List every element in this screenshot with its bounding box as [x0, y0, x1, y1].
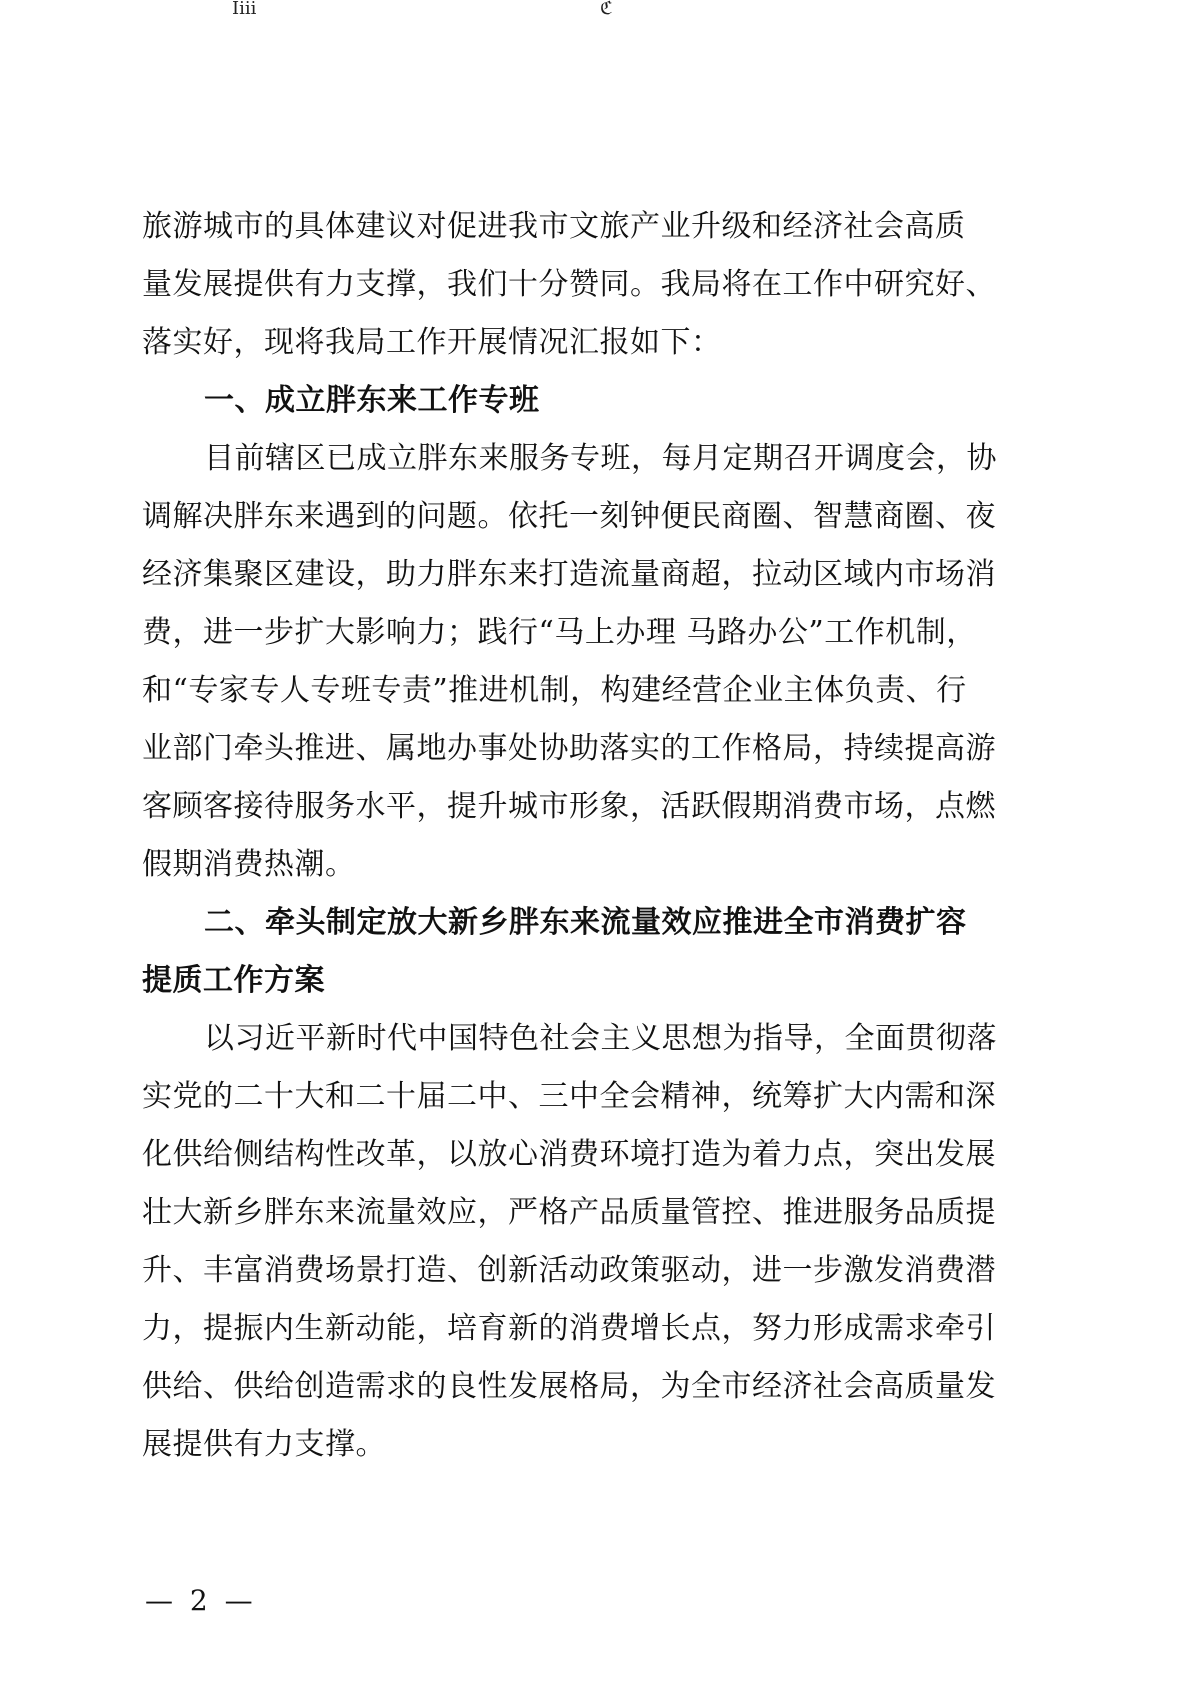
section-2-line: 力，提振内生新动能，培育新的消费增长点，努力形成需求牵引: [142, 1309, 964, 1349]
section-1-heading: 一、成立胖东来工作专班: [204, 381, 964, 421]
section-1-line: 费，进一步扩大影响力；践行“马上办理 马路办公”工作机制，: [142, 613, 964, 653]
page-number: — 2 —: [145, 1586, 257, 1616]
section-2-line: 展提供有力支撑。: [142, 1425, 964, 1465]
section-1-line: 调解决胖东来遇到的问题。依托一刻钟便民商圈、智慧商圈、夜: [142, 497, 964, 537]
section-2-line: 供给、供给创造需求的良性发展格局，为全市经济社会高质量发: [142, 1367, 964, 1407]
scan-artifact-center: ℭ: [600, 0, 613, 18]
intro-line: 旅游城市的具体建议对促进我市文旅产业升级和经济社会高质: [142, 207, 964, 247]
section-2-line: 壮大新乡胖东来流量效应，严格产品质量管控、推进服务品质提: [142, 1193, 964, 1233]
section-1-line: 和“专家专人专班专责”推进机制，构建经营企业主体负责、行: [142, 671, 964, 711]
section-1-line: 假期消费热潮。: [142, 845, 964, 885]
section-1-line: 客顾客接待服务水平，提升城市形象，活跃假期消费市场，点燃: [142, 787, 964, 827]
section-2-line: 化供给侧结构性改革，以放心消费环境打造为着力点，突出发展: [142, 1135, 964, 1175]
section-2-line: 实党的二十大和二十届二中、三中全会精神，统筹扩大内需和深: [142, 1077, 964, 1117]
section-2-line: 以习近平新时代中国特色社会主义思想为指导，全面贯彻落: [204, 1019, 964, 1059]
section-1-line: 业部门牵头推进、属地办事处协助落实的工作格局，持续提高游: [142, 729, 964, 769]
section-2-heading: 二、牵头制定放大新乡胖东来流量效应推进全市消费扩容: [204, 903, 964, 943]
section-1-line: 目前辖区已成立胖东来服务专班，每月定期召开调度会，协: [204, 439, 964, 479]
section-2-line: 升、丰富消费场景打造、创新活动政策驱动，进一步激发消费潜: [142, 1251, 964, 1291]
section-2-heading-cont: 提质工作方案: [142, 961, 964, 1001]
intro-line: 落实好，现将我局工作开展情况汇报如下：: [142, 323, 964, 363]
scan-artifact-left: Iiii: [232, 0, 256, 18]
intro-line: 量发展提供有力支撑，我们十分赞同。我局将在工作中研究好、: [142, 265, 964, 305]
section-1-line: 经济集聚区建设，助力胖东来打造流量商超，拉动区域内市场消: [142, 555, 964, 595]
